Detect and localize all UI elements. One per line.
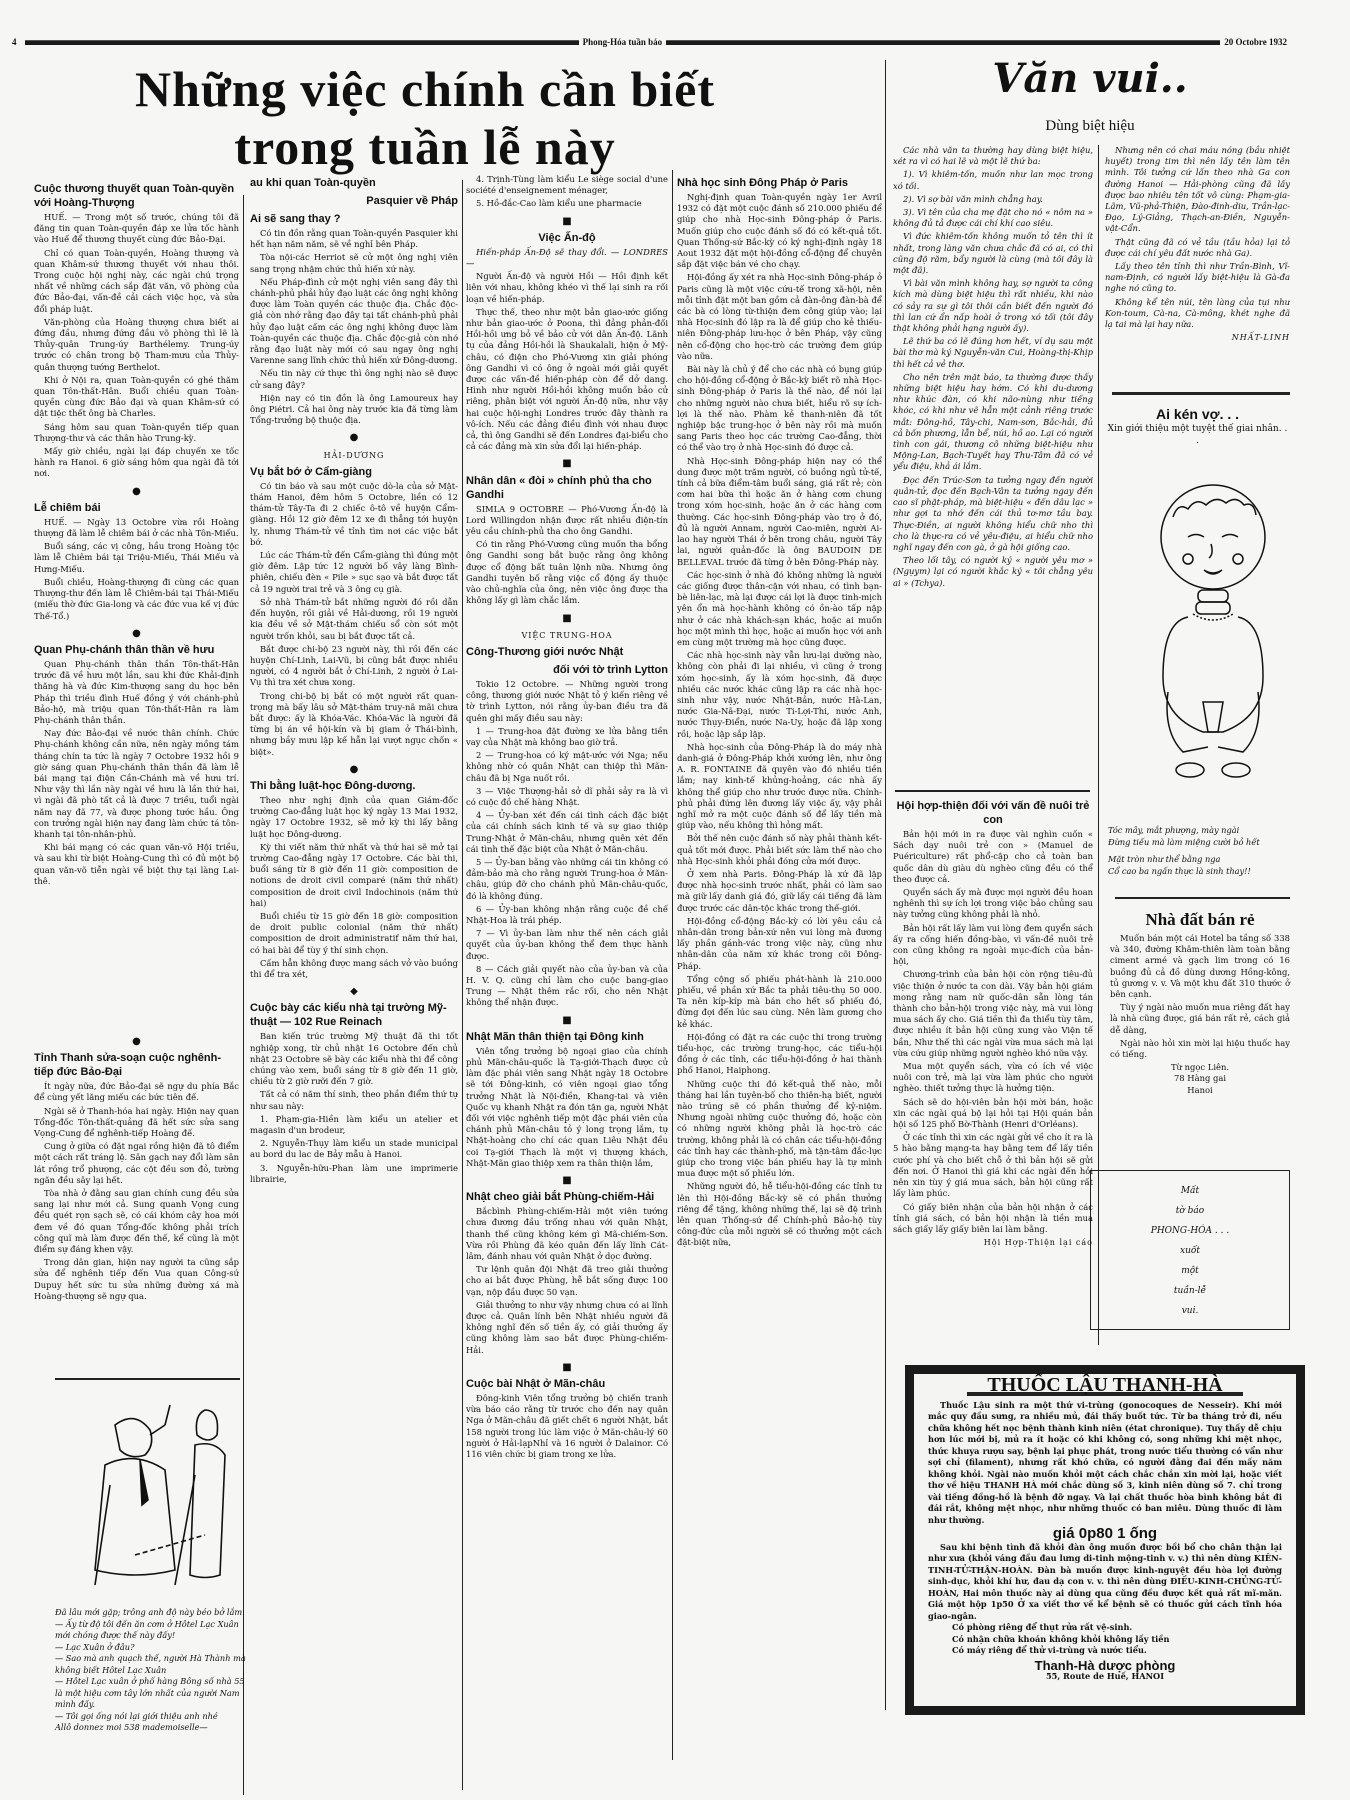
column-3: 4. Trịnh-Tùng làm kiểu Le siège social d… xyxy=(466,174,668,1794)
paragraph: Ngài sẽ ở Thanh-hóa hai ngày. Hiện nay q… xyxy=(34,1106,239,1140)
list-item: 5. Hồ-đắc-Cao làm kiểu une pharmacie xyxy=(466,198,668,209)
section-rule xyxy=(1115,897,1290,899)
paragraph: Vì đức khiêm-tốn không muốn tỏ tên thì í… xyxy=(893,231,1093,276)
paragraph: 4 — Ủy-ban xét đến cái tình cách đặc biệ… xyxy=(466,810,668,855)
column-5-left: Các nhà văn ta thường hay dùng biệt hiệu… xyxy=(893,145,1093,775)
page-headline: Những việc chính cần biết trong tuần lễ … xyxy=(40,60,810,176)
paragraph: Chỉ có quan Toàn-quyền, Hoàng thượng và … xyxy=(34,248,239,315)
paragraph: Mấy giờ chiều, ngài lại đáp chuyến xe tố… xyxy=(34,446,239,480)
ad-feature-line: Có phòng riêng để thụt rửa rất vệ-sinh. xyxy=(928,1622,1282,1634)
caption-line: Đã lâu mới gặp; trông anh độ này béo bở … xyxy=(55,1607,250,1619)
paragraph: Lấy theo tên tỉnh thì như Trần-Bình, Vĩ-… xyxy=(1105,261,1290,295)
article-title: Nhật Mãn thân thiện tại Đông kinh xyxy=(466,1030,668,1044)
bullet-ornament: ● xyxy=(250,764,458,775)
article-subtitle: Ai sẽ sang thay ? xyxy=(250,212,458,226)
promo-line: một xyxy=(1091,1261,1289,1281)
paragraph: Theo như nghị định của quan Giám-đốc trư… xyxy=(250,795,458,840)
paragraph: Buổi chiều, Hoàng-thượng đi cùng các qua… xyxy=(34,577,239,622)
paragraph: Muốn bán một cái Hotel ba tầng số 338 và… xyxy=(1110,933,1290,1000)
paragraph: Ít ngày nữa, đức Bảo-đại sẽ ngự du phía … xyxy=(34,1081,239,1103)
paragraph: Nhưng nên có chai máu nóng (bầu nhiệt hu… xyxy=(1105,145,1290,235)
paragraph: Bởi thế nên cuộc đánh số này phải thành … xyxy=(677,833,882,867)
paragraph: Thực thế, theo như một bản giao-ước giốn… xyxy=(466,307,668,453)
caption-line: Đừng tiếu mà làm miệng cười bỏ hết xyxy=(1108,837,1288,849)
section-kicker: HẢI-DƯƠNG xyxy=(250,450,458,461)
caption-line: — Lạc Xuân ở đâu? xyxy=(55,1642,250,1654)
column-5-right: Nhưng nên có chai máu nóng (bầu nhiệt hu… xyxy=(1105,145,1290,370)
paragraph: Lẽ thứ ba có lẽ đúng hơn hết, ví dụ sau … xyxy=(893,336,1093,370)
paragraph: Tokio 12 Octobre. — Những người trong cô… xyxy=(466,679,668,724)
paragraph: Các nhà văn ta thường hay dùng biệt hiệu… xyxy=(893,145,1093,167)
paragraph: Buổi chiều từ 15 giờ đến 18 giờ: composi… xyxy=(250,911,458,956)
paragraph: Bản hội rất lấy làm vui lòng đem quyển s… xyxy=(893,923,1093,968)
paragraph: Sáng hôm sau quan Toàn-quyền tiếp quan T… xyxy=(34,422,239,444)
article-title: đối với tờ trình Lytton xyxy=(466,663,668,677)
phong-hoa-promo-box: Mất tờ báo PHONG-HÓA . . . xuốt một tuần… xyxy=(1090,1170,1290,1330)
paragraph: Nếu Pháp-đình cử một nghị viên sang đây … xyxy=(250,277,458,367)
column-1: Cuộc thương thuyết quan Toàn-quyền với H… xyxy=(34,178,239,1028)
paragraph: Mua một quyển sách, vừa có ích về việc n… xyxy=(893,1061,1093,1095)
van-vui-subtitle: Dùng biệt hiệu xyxy=(895,118,1285,135)
giai-nhan-caption: Tóc mây, mắt phượng, mày ngài Đừng tiếu … xyxy=(1108,825,1288,877)
masthead-rule xyxy=(666,40,1220,45)
article-title: Việc Ấn-độ xyxy=(466,231,668,245)
paragraph: Nhà học-sinh của Đông-Pháp là do máy nhà… xyxy=(677,742,882,832)
headline-line-1: Những việc chính cần biết xyxy=(40,60,810,118)
paragraph: Sách sẽ do hội-viên bản hội mời bán, hoặ… xyxy=(893,1097,1093,1131)
paragraph: Bản hội mới in ra được vài nghìn cuốn « … xyxy=(893,829,1093,885)
ad-paragraph: Sau khi bệnh tình đã khỏi đàn ông muốn đ… xyxy=(928,1542,1282,1623)
ai-ken-vo-section: Ai kén vợ. . . Xin giới thiệu một tuyệt … xyxy=(1105,403,1290,447)
paragraph: Ngài nào hỏi xin mời lại hiệu thuốc hay … xyxy=(1110,1038,1290,1060)
paragraph: Lúc các Thám-tử đến Cẩm-giàng thì đúng m… xyxy=(250,550,458,595)
bullet-ornament: ● xyxy=(250,432,458,443)
ad-shop-name: Thanh-Hà dược phòng xyxy=(928,1660,1282,1672)
paragraph: 1. Phạm-gia-Hiền làm kiểu un atelier et … xyxy=(250,1114,458,1136)
paragraph: 5 — Ủy-ban bằng vào những cái tin không … xyxy=(466,857,668,902)
column-divider xyxy=(1098,145,1099,1345)
paragraph: Hội-đồng cổ-động Bắc-kỳ có lời yêu cầu c… xyxy=(677,916,882,972)
paragraph: 3 — Việc Thượng-hải sở dĩ phải sảy ra là… xyxy=(466,786,668,808)
section-rule xyxy=(895,790,1090,792)
paragraph: Nay đức Bảo-đại về nước thân chính. Chức… xyxy=(34,728,239,840)
caption-line: — Sao mà anh quạch thế, người Hà Thành m… xyxy=(55,1653,250,1676)
paragraph: Sở nhà Thám-tử bắt những người đó rồi dẫ… xyxy=(250,597,458,642)
paragraph: Hội-đồng có đặt ra các cuộc thi trong tr… xyxy=(677,1032,882,1077)
paragraph: Theo lối tây, có người ký « người yêu mơ… xyxy=(893,555,1093,589)
paragraph: Viên tổng trưởng bộ ngoại giao của chính… xyxy=(466,1046,668,1169)
caption-line: — Ấy từ độ tôi đến ăn cơm ở Hôtel Lạc Xu… xyxy=(55,1619,250,1642)
paragraph: 2 — Trung-hoa có ký mật-ước với Nga; nếu… xyxy=(466,750,668,784)
paragraph: Nghị-định quan Toàn-quyền ngày 1er Avril… xyxy=(677,192,882,270)
promo-line: PHONG-HÓA . . . xyxy=(1091,1221,1289,1241)
author-signature: NHẤT-LINH xyxy=(1105,332,1290,343)
article-title: Nhà đất bán rẻ xyxy=(1110,909,1290,931)
paragraph: Tòa nhà ở đằng sau gian chính cung đều s… xyxy=(34,1188,239,1255)
paragraph: Trong chi-bộ bị bắt có một người rất qua… xyxy=(250,691,458,758)
paragraph: Tùy ý ngài nào muốn mua riêng đất hay là… xyxy=(1110,1002,1290,1036)
paragraph: Những cuộc thi đó kết-quả thế nào, mỗi t… xyxy=(677,1079,882,1180)
caption-line: Mặt tròn như thể bằng nga xyxy=(1108,854,1288,866)
section-kicker: VIỆC TRUNG-HOA xyxy=(466,630,668,641)
article-title: Cuộc thương thuyết quan Toàn-quyền với H… xyxy=(34,182,239,210)
article-title: Hội hợp-thiện đối với vấn đề nuôi trẻ co… xyxy=(893,799,1093,827)
bullet-ornament: ● xyxy=(34,1036,239,1047)
cartoon-two-men-illustration xyxy=(45,1395,245,1595)
paragraph: HUẾ. — Ngày 13 Octobre vừa rồi Hoàng thư… xyxy=(34,517,239,539)
square-ornament: ■ xyxy=(466,1362,668,1373)
van-vui-title: Văn vui.. xyxy=(895,55,1285,102)
column-divider xyxy=(462,180,463,1790)
promo-line: tờ báo xyxy=(1091,1201,1289,1221)
article-title: Pasquier về Pháp xyxy=(250,194,458,208)
paragraph: HUẾ. — Trong một số trước, chúng tôi đã … xyxy=(34,212,239,246)
article-title: Tỉnh Thanh sửa-soạn cuộc nghênh-tiếp đức… xyxy=(34,1051,239,1079)
column-divider xyxy=(885,60,886,1710)
paragraph: Tòa nội-các Herriot sẽ cử một ông nghị v… xyxy=(250,252,458,274)
paragraph: Không kể tên núi, tên làng của tụi như K… xyxy=(1105,297,1290,331)
square-ornament: ■ xyxy=(466,216,668,227)
section-rule xyxy=(55,1378,240,1380)
paragraph: Có tin đồn rằng quan Toàn-quyền Pasquier… xyxy=(250,228,458,250)
article-title: Nhà học sinh Đông Pháp ở Paris xyxy=(677,176,882,190)
paragraph: Người Ấn-độ và người Hồi — Hồi định kết … xyxy=(466,271,668,305)
paragraph: Hội-đồng ấy xét ra nhà Học-sinh Đông-phá… xyxy=(677,272,882,362)
masthead: 4 Phong-Hóa tuần báo 20 Octobre 1932 xyxy=(12,34,1287,50)
article-title: Quan Phụ-chánh thân thần về hưu xyxy=(34,643,239,657)
paragraph: Cấm hẳn không được mang sách vở vào buồn… xyxy=(250,958,458,980)
section-rule xyxy=(1112,392,1290,395)
paragraph: Kỳ thi viết năm thứ nhất và thứ hai sẽ m… xyxy=(250,842,458,909)
hoi-hop-thien-section: Hội hợp-thiện đối với vấn đề nuôi trẻ co… xyxy=(893,795,1093,1350)
article-title: Nhân dân « đòi » chính phủ tha cho Gandh… xyxy=(466,474,668,502)
article-title: Cuộc bài Nhật ở Mãn-châu xyxy=(466,1377,668,1391)
column-1-lower: ● Tỉnh Thanh sửa-soạn cuộc nghênh-tiếp đ… xyxy=(34,1030,239,1370)
paragraph: 8 — Cách giải quyết nào của ủy-ban và củ… xyxy=(466,964,668,1009)
promo-line: Mất xyxy=(1091,1181,1289,1201)
cartoon-caption: Đã lâu mới gặp; trông anh độ này béo bở … xyxy=(55,1607,250,1734)
paragraph: 2. Nguyễn-Thụy làm kiểu un stade municip… xyxy=(250,1138,458,1160)
article-title: Cuộc bày các kiểu nhà tại trường Mỹ-thuậ… xyxy=(250,1001,458,1029)
column-2: au khi quan Toàn-quyền Pasquier về Pháp … xyxy=(250,172,458,1792)
paragraph: Tất cả có năm thí sinh, theo phần điểm t… xyxy=(250,1089,458,1111)
article-title: au khi quan Toàn-quyền xyxy=(250,176,458,190)
paragraph: Vì bài văn mình không hay, sợ người ta c… xyxy=(893,278,1093,334)
article-title: Nhật cheo giải bắt Phùng-chiếm-Hải xyxy=(466,1190,668,1204)
page-number: 4 xyxy=(12,37,17,47)
caption-line: — Hôtel Lạc xuân ở phố hàng Bông số nhà … xyxy=(55,1676,250,1711)
paragraph: SIMLA 9 OCTOBRE — Phó-Vương Ấn-độ là Lor… xyxy=(466,504,668,538)
paragraph: Quan Phụ-chánh thân thần Tôn-thất-Hân tr… xyxy=(34,659,239,726)
paragraph: 7 — Vì ủy-ban làm như thế nên cách giải … xyxy=(466,928,668,962)
paragraph: Khi ở Nội ra, quan Toàn-quyền có ghé thă… xyxy=(34,375,239,420)
article-title: Công-Thương giới nước Nhật xyxy=(466,645,668,659)
paragraph: Khi bái mạng có các quan văn-võ Hội triề… xyxy=(34,842,239,887)
paragraph: Chương-trình của bản hội còn rộng tiêu-đ… xyxy=(893,969,1093,1059)
bullet-ornament: ● xyxy=(34,486,239,497)
paragraph: Nhà Học-sinh Đông-pháp hiện nay có thể d… xyxy=(677,456,882,568)
nha-dat-section: Nhà đất bán rẻ Muốn bán một cái Hotel ba… xyxy=(1110,905,1290,1096)
article-title: Vụ bắt bớ ở Cẩm-giàng xyxy=(250,465,458,479)
article-title: Thi bằng luật-học Đông-dương. xyxy=(250,779,458,793)
paragraph: Hiện nay có tin đồn là ông Lamoureux hay… xyxy=(250,393,458,427)
ad-title: THUỐC LẬU THANH-HÀ xyxy=(967,1380,1243,1396)
paragraph: Nếu tin này cứ thực thì ông nghị nào sẽ … xyxy=(250,368,458,390)
contact-name: Từ ngọc Liên. xyxy=(1110,1062,1290,1073)
paragraph: Bắt được chi-bộ 23 người này, thì rồi đế… xyxy=(250,644,458,689)
thuoc-lau-advertisement: THUỐC LẬU THANH-HÀ Thuốc Lậu sinh ra một… xyxy=(905,1365,1305,1715)
paragraph: Văn-phòng của Hoàng thượng chưa biết ai … xyxy=(34,317,239,373)
paragraph: Quyển sách ấy mà được mọi người đều hoan… xyxy=(893,887,1093,921)
paragraph: Ở các tỉnh thì xin các ngài gửi về cho í… xyxy=(893,1132,1093,1199)
paragraph: 3). Vì tên của cha mẹ đặt cho nó « nôm n… xyxy=(893,207,1093,229)
caption-line: Allô donnez moi 538 mademoiselle— xyxy=(55,1722,250,1734)
contact-address: 78 Hàng gai xyxy=(1110,1073,1290,1084)
square-ornament: ■ xyxy=(466,1175,668,1186)
caption-line: Tóc mây, mắt phượng, mày ngài xyxy=(1108,825,1288,837)
paragraph: Các học-sinh ở nhà đó không những là ngư… xyxy=(677,570,882,648)
issue-date: 20 Octobre 1932 xyxy=(1224,37,1287,47)
ad-price: giá 0p80 1 ống xyxy=(928,1528,1282,1540)
paragraph: 1 — Trung-hoa đặt đường xe lửa bằng tiền… xyxy=(466,726,668,748)
paragraph: Có giấy biên nhận của bản hội nhận ở các… xyxy=(893,1202,1093,1236)
paragraph: Đọc đến Trúc-Sơn ta tưởng ngay đến người… xyxy=(893,475,1093,553)
paragraph: Trong dân gian, hiện nay người ta cũng s… xyxy=(34,1257,239,1302)
giai-nhan-illustration xyxy=(1148,462,1278,792)
square-ornament: ■ xyxy=(466,458,668,469)
caption-line: Cổ cao ba ngấn thực là sinh thay!! xyxy=(1108,866,1288,878)
author-signature: Hội Hợp-Thiện lại cáo xyxy=(893,1237,1093,1248)
paragraph: Buổi sáng, các vị công, hầu trong Hoàng … xyxy=(34,541,239,575)
square-ornament: ■ xyxy=(466,1015,668,1026)
paragraph: Những người đó, hễ tiểu-hội-đồng các tỉn… xyxy=(677,1181,882,1248)
article-lede: Hiến-pháp Ấn-Độ sẽ thay đổi. — LONDRES — xyxy=(466,247,668,269)
paragraph: Thật cũng đã có vẻ tầu (tầu hỏa) lại tỏ … xyxy=(1105,237,1290,259)
paragraph: 1). Vì khiêm-tốn, muốn như lan mọc trong… xyxy=(893,169,1093,191)
paragraph: Có tin báo và sau một cuộc dò-la của sở … xyxy=(250,481,458,548)
article-title: Lễ chiêm bái xyxy=(34,501,239,515)
intro-text: Xin giới thiệu một tuyệt thế giai nhân. … xyxy=(1105,423,1290,447)
ad-address: 55, Route de Huế, HANOI xyxy=(928,1671,1282,1683)
paragraph: Ở xem nhà Paris. Đông-Pháp là xứ đã lập … xyxy=(677,869,882,914)
paragraph: 2). Vì sợ bài văn mình chẳng hay. xyxy=(893,194,1093,205)
ad-paragraph: Thuốc Lậu sinh ra một thứ vi-trùng (gono… xyxy=(928,1400,1282,1527)
column-divider xyxy=(672,170,673,1760)
paragraph: 3. Nguyễn-hữu-Phan làm une imprimerie li… xyxy=(250,1163,458,1185)
contact-city: Hanoi xyxy=(1110,1085,1290,1096)
headline-line-2: trong tuần lễ này xyxy=(40,118,810,176)
caption-line: — Tôi gọi ống nói lại giới thiệu anh nhé xyxy=(55,1711,250,1723)
paragraph: Bài này là chủ ý để cho các nhà có bụng … xyxy=(677,364,882,454)
ad-feature-line: Có máy riêng để thử vi-trùng và nước tiể… xyxy=(928,1645,1282,1657)
paragraph: Các nhà học-sinh này vẫn lưu-lại dưỡng n… xyxy=(677,650,882,740)
list-item: 4. Trịnh-Tùng làm kiểu Le siège social d… xyxy=(466,174,668,196)
paragraph: Cung ở giữa có đặt ngai rồng hiện đã tô … xyxy=(34,1141,239,1186)
paragraph: Ban kiến trúc trường Mỹ thuật đã thi tốt… xyxy=(250,1031,458,1087)
bullet-ornament: ● xyxy=(34,628,239,639)
paper-name: Phong-Hóa tuần báo xyxy=(583,37,663,47)
paragraph: Bắcbình Phùng-chiếm-Hải một viên tướng c… xyxy=(466,1206,668,1262)
paragraph: Cho nên trên mặt báo, ta thường được thấ… xyxy=(893,372,1093,473)
promo-line: tuần-lễ xyxy=(1091,1281,1289,1301)
paragraph: Giải thưởng to như vậy nhưng chưa có ai … xyxy=(466,1300,668,1356)
promo-line: xuốt xyxy=(1091,1241,1289,1261)
paragraph: Tổng cộng số phiếu phát-hành là 210.000 … xyxy=(677,974,882,1030)
promo-line: vui. xyxy=(1091,1301,1289,1321)
bullet-ornament: ◆ xyxy=(250,986,458,997)
paragraph: Đông-kinh Viên tổng trưởng bộ chiến tran… xyxy=(466,1393,668,1460)
paragraph: 6 — Ủy-ban không nhận rằng cuộc đề chế N… xyxy=(466,904,668,926)
square-ornament: ■ xyxy=(466,613,668,624)
column-4: Nhà học sinh Đông Pháp ở Paris Nghị-định… xyxy=(677,172,882,1762)
paragraph: Có tin rằng Phó-Vương cũng muốn tha bổng… xyxy=(466,539,668,606)
article-title: Ai kén vợ. . . xyxy=(1105,407,1290,421)
ad-feature-line: Có nhận chữa khoán không khỏi không lấy … xyxy=(928,1634,1282,1646)
newspaper-page: 4 Phong-Hóa tuần báo 20 Octobre 1932 Nhữ… xyxy=(0,0,1350,1800)
paragraph: Tư lệnh quân đội Nhật đã treo giải thưởn… xyxy=(466,1264,668,1298)
masthead-rule xyxy=(25,40,579,45)
